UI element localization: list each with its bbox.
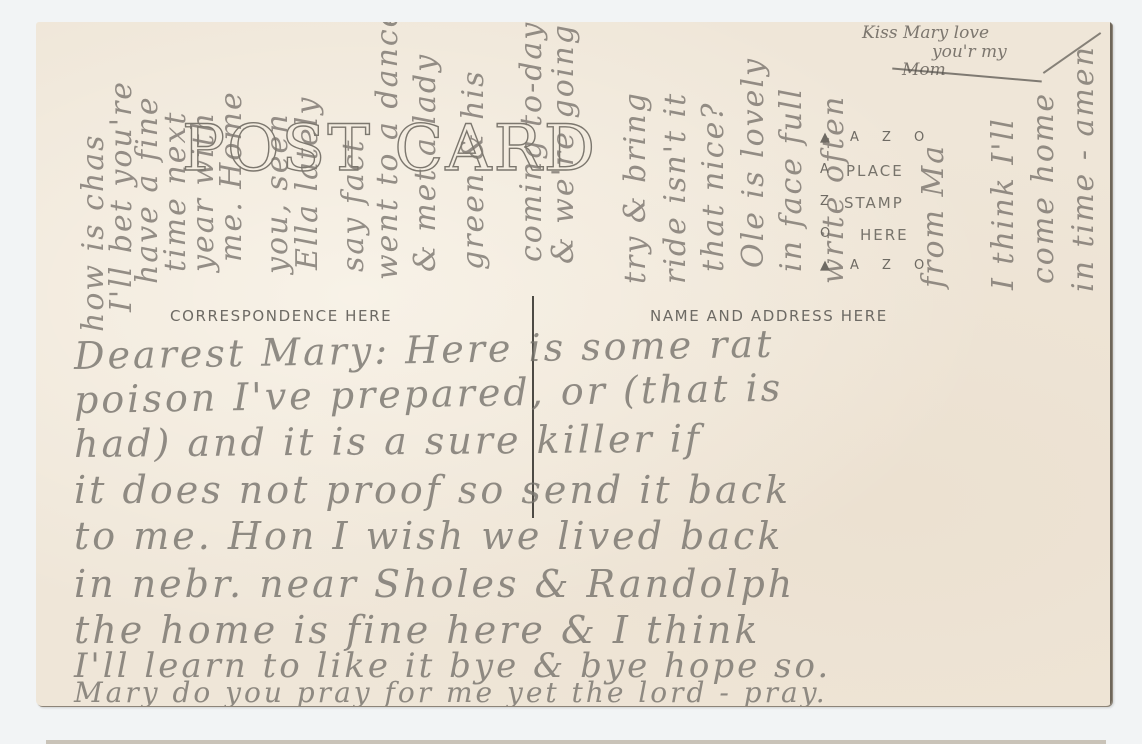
- stamp-text-place: PLACE: [846, 162, 904, 180]
- vertical-note: come home: [1026, 92, 1061, 284]
- stamp-border-glyph: Z: [882, 258, 891, 273]
- vertical-note: I think I'll: [986, 117, 1021, 290]
- triangle-icon: ▲: [820, 258, 830, 273]
- message-line: Mary do you pray for me yet the lord - p…: [74, 676, 828, 706]
- next-scan-edge: [46, 740, 1106, 744]
- corner-note-line: Mom: [862, 61, 1072, 80]
- stamp-row-here: O HERE: [820, 226, 960, 246]
- stamp-border-glyph: O: [914, 258, 924, 273]
- stamp-text-here: HERE: [860, 226, 909, 244]
- vertical-note: try & bring: [618, 91, 653, 284]
- corner-note-line: you'r my: [862, 43, 1072, 62]
- stamp-text-stamp: STAMP: [844, 194, 904, 212]
- message-line: it does not proof so send it back: [74, 468, 791, 512]
- stamp-row-stamp: Z STAMP: [820, 194, 960, 214]
- vertical-note: ride isn't it: [658, 92, 693, 284]
- stamp-border-bottom: ▲ A Z O: [820, 258, 960, 278]
- stamp-border-glyph: A: [820, 162, 829, 177]
- corner-note: Kiss Mary love you'r my Mom: [862, 24, 1072, 86]
- vertical-note: that nice?: [696, 102, 731, 272]
- stamp-border-glyph: A: [850, 130, 859, 145]
- stamp-row-place: A PLACE: [820, 162, 960, 182]
- corner-note-line: Kiss Mary love: [862, 24, 1072, 43]
- scan-page: how is chas I'll bet you're have a fine …: [0, 0, 1142, 744]
- stamp-border-glyph: Z: [820, 194, 829, 209]
- message-line: to me. Hon I wish we lived back: [74, 514, 783, 558]
- correspondence-label: CORRESPONDENCE HERE: [170, 307, 392, 325]
- stamp-border-glyph: Z: [882, 130, 891, 145]
- stamp-border-glyph: O: [820, 226, 830, 241]
- message-line: in nebr. near Sholes & Randolph: [74, 562, 795, 606]
- vertical-note: Ole is lovely: [736, 57, 771, 268]
- vertical-note: in face full: [774, 87, 809, 272]
- postcard-back: how is chas I'll bet you're have a fine …: [36, 22, 1112, 706]
- message-line: had) and it is a sure killer if: [74, 417, 702, 466]
- stamp-border-top: ▲ A Z O: [820, 130, 960, 150]
- postcard-title: POST CARD: [182, 117, 597, 181]
- stamp-border-glyph: O: [914, 130, 924, 145]
- triangle-icon: ▲: [820, 130, 830, 145]
- stamp-border-glyph: A: [850, 258, 859, 273]
- stamp-box: ▲ A Z O A PLACE Z STAMP O HERE ▲ A Z O: [820, 126, 960, 276]
